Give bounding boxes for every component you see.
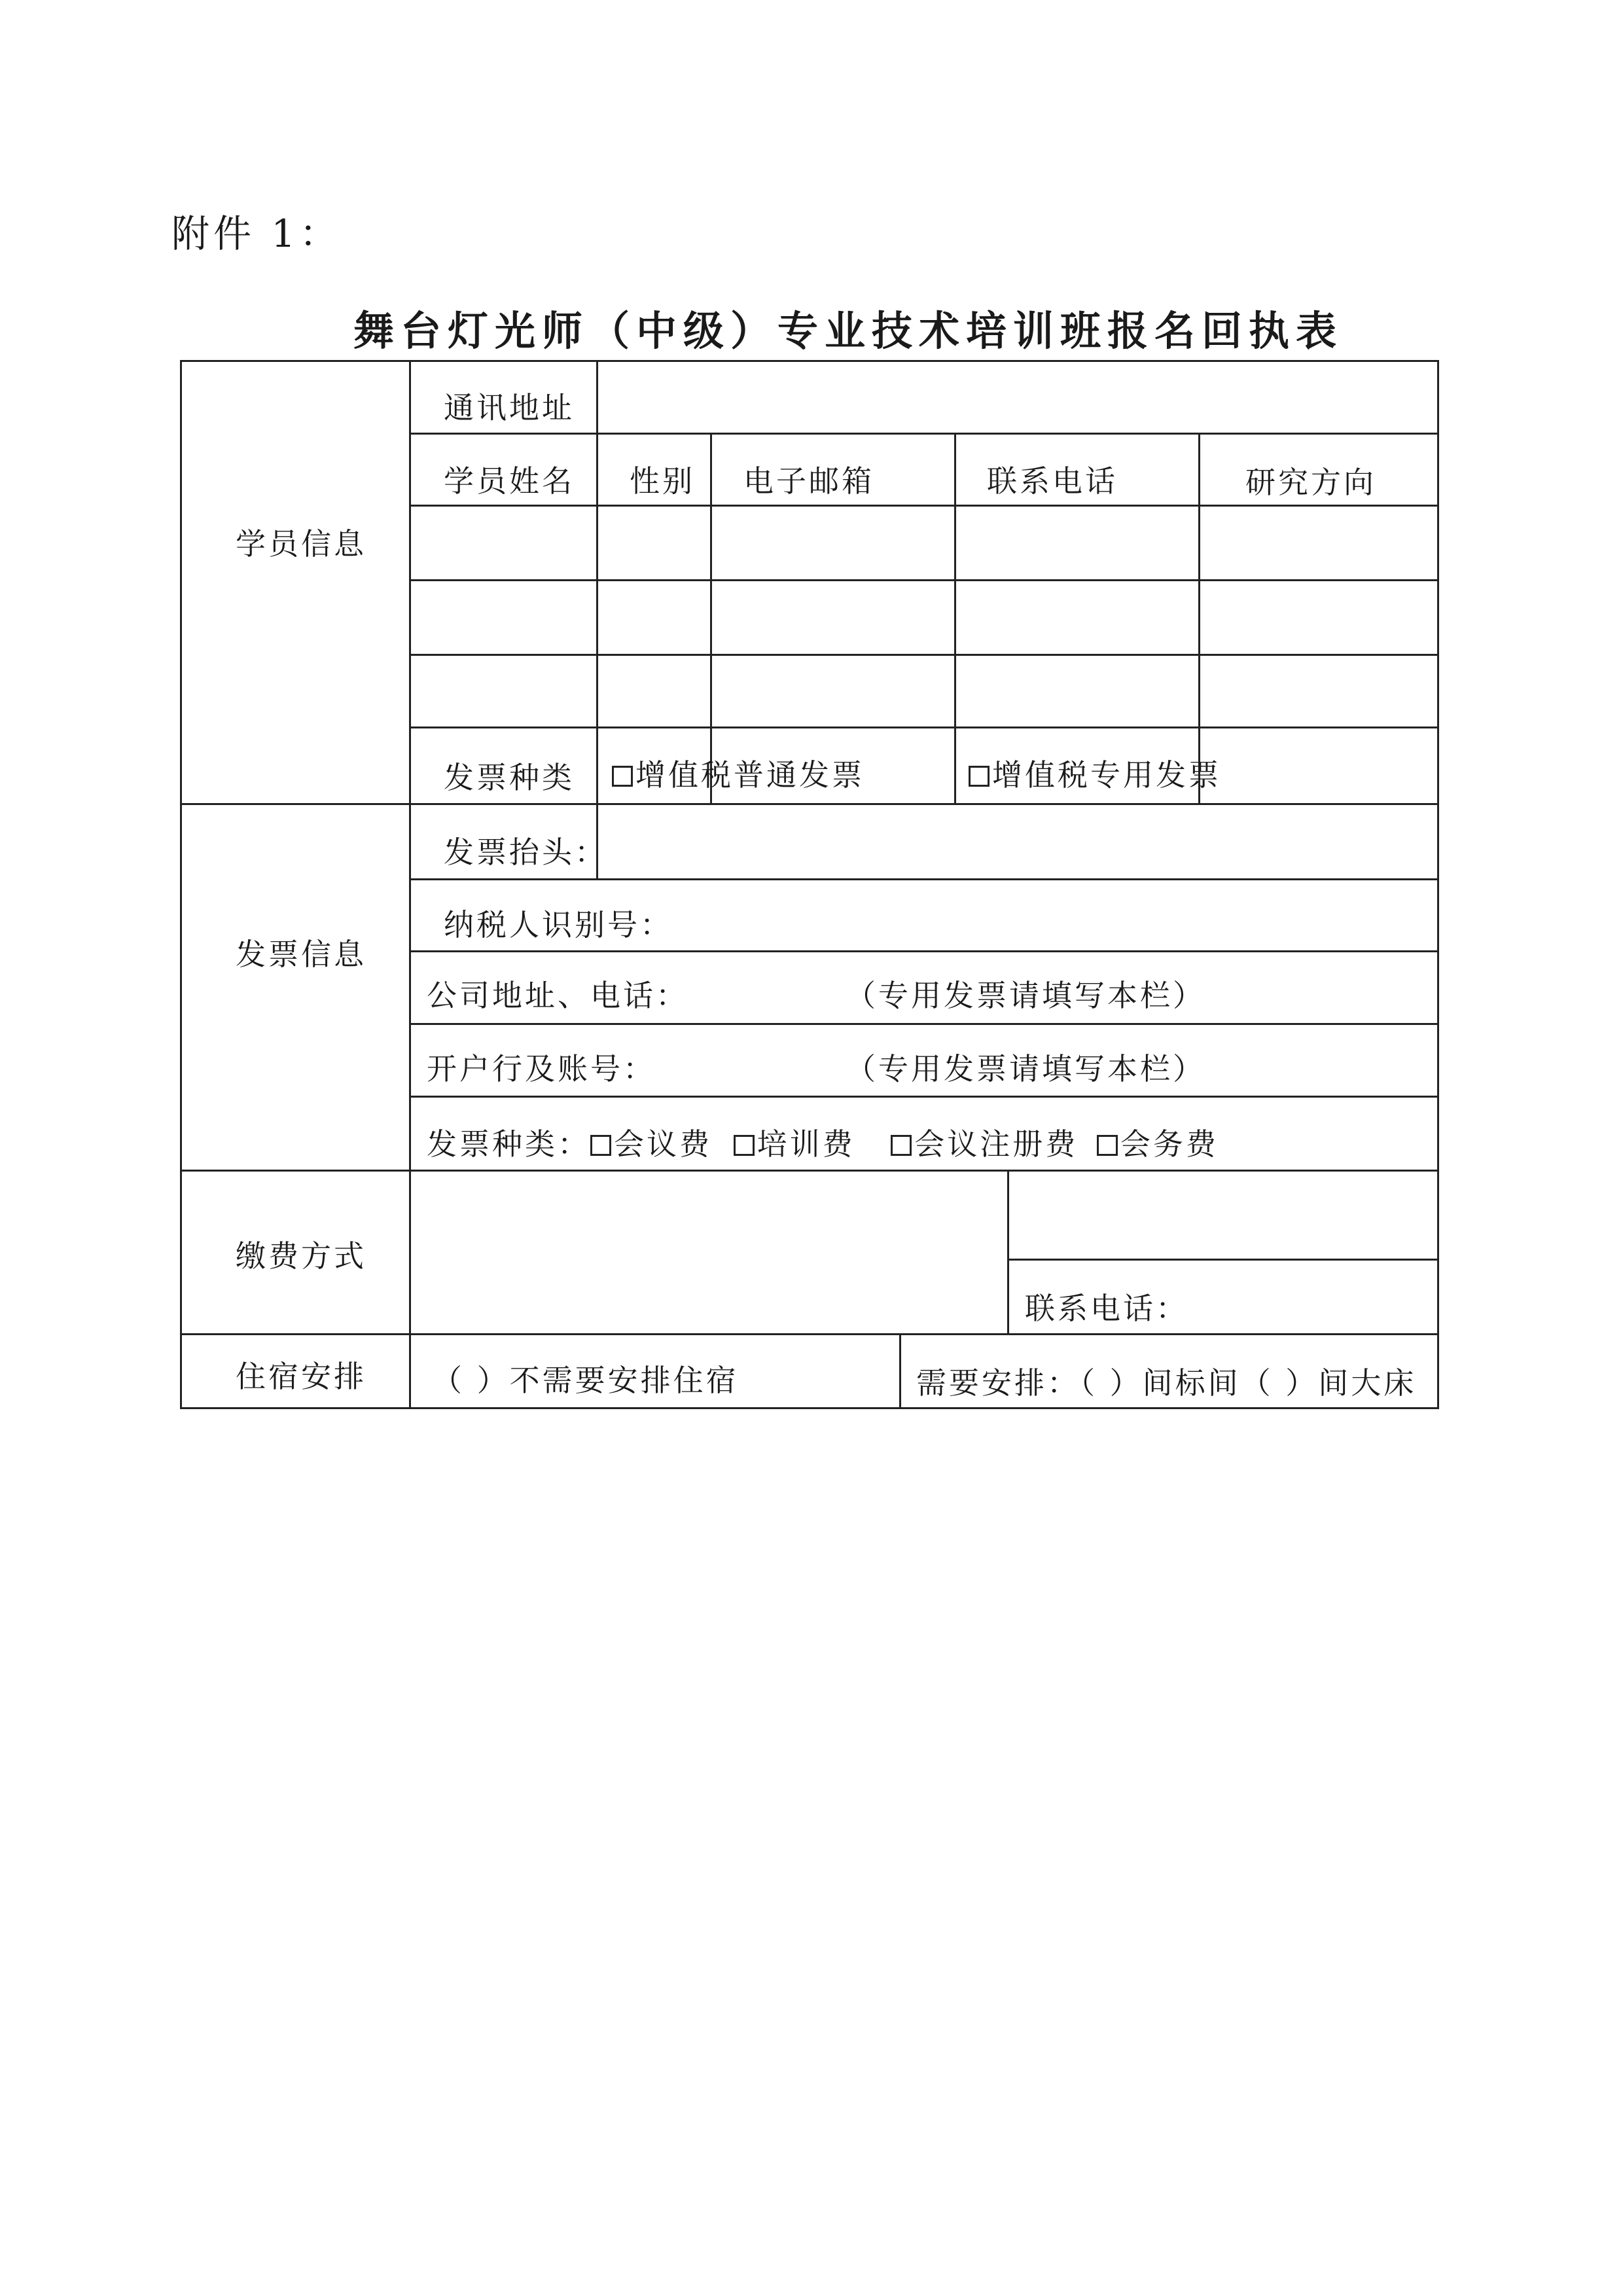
fee-option-meeting: 会议费 [614,1126,712,1162]
no-accommodation-option[interactable]: （ ）不需要安排住宿 [432,1365,739,1395]
company-address-note: （专用发票请填写本栏） [846,980,1205,1011]
taxpayer-id-label: 纳税人识别号： [444,910,673,940]
option-label: 增值税普通发票 [635,757,865,793]
column-header-email: 电子邮箱 [743,466,874,496]
column-header-gender: 性别 [630,466,695,496]
student-row-2-research[interactable] [1200,581,1436,652]
student-section-label: 学员信息 [236,529,366,559]
row-line [409,1023,1439,1025]
fee-option-registration: 会议注册费 [914,1126,1078,1162]
company-address-label: 公司地址、电话： [427,980,688,1011]
need-accommodation-label: 需要安排： [916,1365,1080,1401]
student-row-1-research[interactable] [1200,507,1436,577]
column-header-name: 学员姓名 [444,466,575,496]
student-row-3-research[interactable] [1200,656,1436,801]
student-row-1-email[interactable] [712,507,952,577]
fee-option-conference-service: 会务费 [1120,1126,1219,1162]
checkbox-icon[interactable] [891,1135,912,1156]
student-row-2-name[interactable] [411,581,594,652]
address-label: 通讯地址 [444,393,575,423]
annex-label: 附件 1： [171,203,341,258]
row-line [409,1096,1439,1098]
invoice-type-option-special[interactable]: 增值税专用发票 [969,760,1221,790]
student-row-2-gender[interactable] [598,581,708,652]
accommodation-divider [899,1333,901,1409]
student-row-2-phone[interactable] [956,581,1196,652]
student-row-1-name[interactable] [411,507,594,577]
king-room-option[interactable]: （ ）间大床 [1241,1365,1417,1401]
bank-account-label: 开户行及账号： [427,1054,656,1084]
need-accommodation-row: 需要安排：（ ）间标间（ ）间大床 [916,1368,1416,1398]
option-label: 增值税专用发票 [992,757,1221,793]
fee-type-row: 发票种类：会议费 培训费 会议注册费 会务费 [427,1129,1219,1159]
checkbox-icon[interactable] [969,766,990,787]
table-border-right [1437,360,1439,1409]
form-title: 舞台灯光师（中级）专业技术培训班报名回执表 [353,298,1343,357]
payment-section-label: 缴费方式 [236,1241,366,1271]
invoice-section-label: 发票信息 [236,939,366,969]
student-row-2-email[interactable] [712,581,952,652]
column-header-phone: 联系电话 [987,466,1118,496]
bank-account-note: （专用发票请填写本栏） [846,1054,1205,1084]
invoice-title-label: 发票抬头： [444,837,607,867]
invoice-type-label: 发票种类 [444,762,575,793]
row-line [409,433,1439,435]
checkbox-icon[interactable] [1097,1135,1118,1156]
student-row-1-gender[interactable] [598,507,708,577]
checkbox-icon[interactable] [734,1135,755,1156]
row-line [409,726,1439,728]
invoice-type-option-normal[interactable]: 增值税普通发票 [612,760,865,790]
table-border-left [180,360,182,1409]
section-divider-student [180,803,1439,805]
row-line [409,950,1439,952]
section-divider-payment [180,1333,1439,1335]
payment-info-input[interactable] [1009,1172,1436,1257]
row-line [409,878,1439,880]
accommodation-section-label: 住宿安排 [236,1361,366,1391]
contact-phone-label: 联系电话： [1025,1293,1188,1323]
fee-type-label: 发票种类： [427,1126,590,1162]
checkbox-icon[interactable] [612,766,633,787]
standard-room-option[interactable]: （ ）间标间 [1080,1365,1241,1401]
column-header-research: 研究方向 [1245,467,1376,497]
payment-method-input[interactable] [411,1172,1005,1331]
fee-option-training: 培训费 [757,1126,855,1162]
address-input[interactable] [598,362,1436,431]
student-row-1-phone[interactable] [956,507,1196,577]
row-line [1007,1259,1439,1261]
table-border-bottom [180,1407,1439,1409]
checkbox-icon[interactable] [590,1135,611,1156]
